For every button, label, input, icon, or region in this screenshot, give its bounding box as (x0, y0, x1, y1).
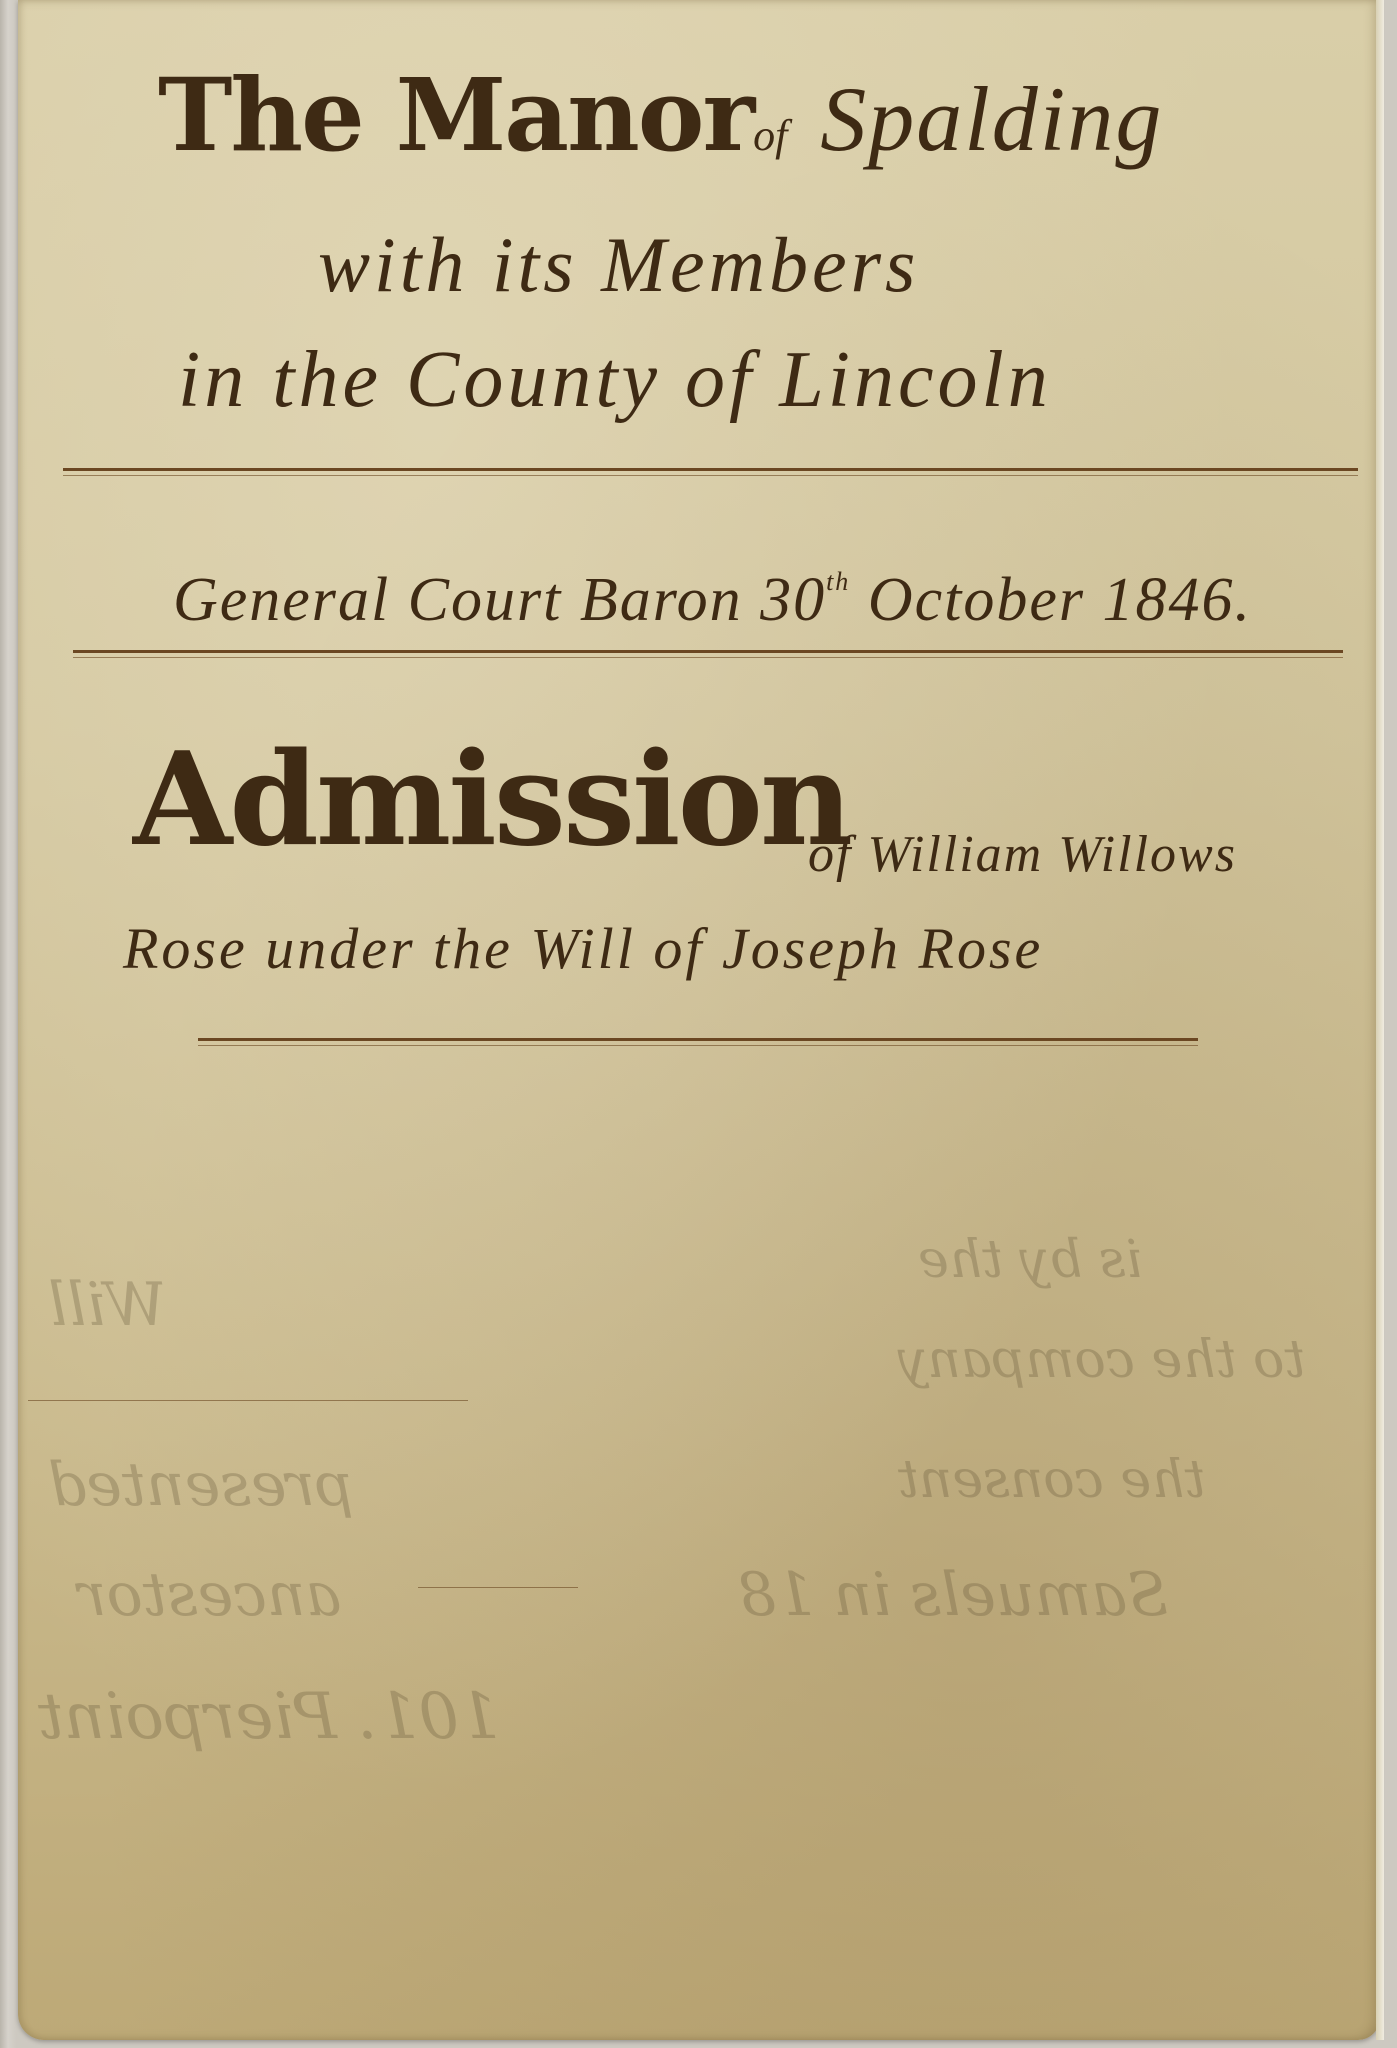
court-day-suffix: th (826, 567, 850, 596)
bleed-through-text: is by the (918, 1230, 1142, 1290)
title-of: of (753, 111, 787, 160)
divider-rule (73, 657, 1343, 658)
page-edge (1376, 0, 1384, 2040)
manor-title: The Manorof Spalding (158, 60, 1288, 191)
admission-name: of William Willows (808, 825, 1237, 884)
court-label: General Court Baron (173, 566, 743, 634)
document-photo: Will is by the to the company presented … (0, 0, 1397, 2048)
divider-rule (198, 1038, 1198, 1041)
bleed-through-text: to the company (898, 1330, 1305, 1390)
divider-rule (63, 475, 1358, 476)
court-date-line: General Court Baron 30th October 1846. (173, 565, 1323, 636)
court-day: 30 (760, 566, 826, 634)
divider-rule (198, 1045, 1198, 1046)
county-line: in the County of Lincoln (178, 335, 1278, 426)
bleed-through-text: Will (48, 1270, 166, 1340)
divider-rule (73, 650, 1343, 653)
bleed-through-text: ancestor (78, 1560, 341, 1630)
manor-subtitle: with its Members (318, 220, 1218, 310)
admission-heading: Admission (133, 725, 850, 875)
bleed-through-rule (418, 1587, 578, 1588)
bleed-through-text: the consent (898, 1450, 1205, 1510)
bleed-through-text: 101. Pierpoint (38, 1680, 500, 1754)
title-manor: Manor (396, 56, 754, 174)
title-the: The (158, 56, 363, 174)
divider-rule (63, 468, 1358, 471)
bleed-through-text: Samuels in 18 (738, 1560, 1168, 1630)
admission-detail: Rose under the Will of Joseph Rose (123, 915, 1043, 982)
bleed-through-rule (28, 1400, 468, 1401)
court-month-year: October 1846. (868, 566, 1252, 634)
bleed-through-text: presented (48, 1450, 354, 1520)
title-place: Spalding (820, 68, 1163, 170)
manuscript-page: Will is by the to the company presented … (18, 0, 1380, 2040)
